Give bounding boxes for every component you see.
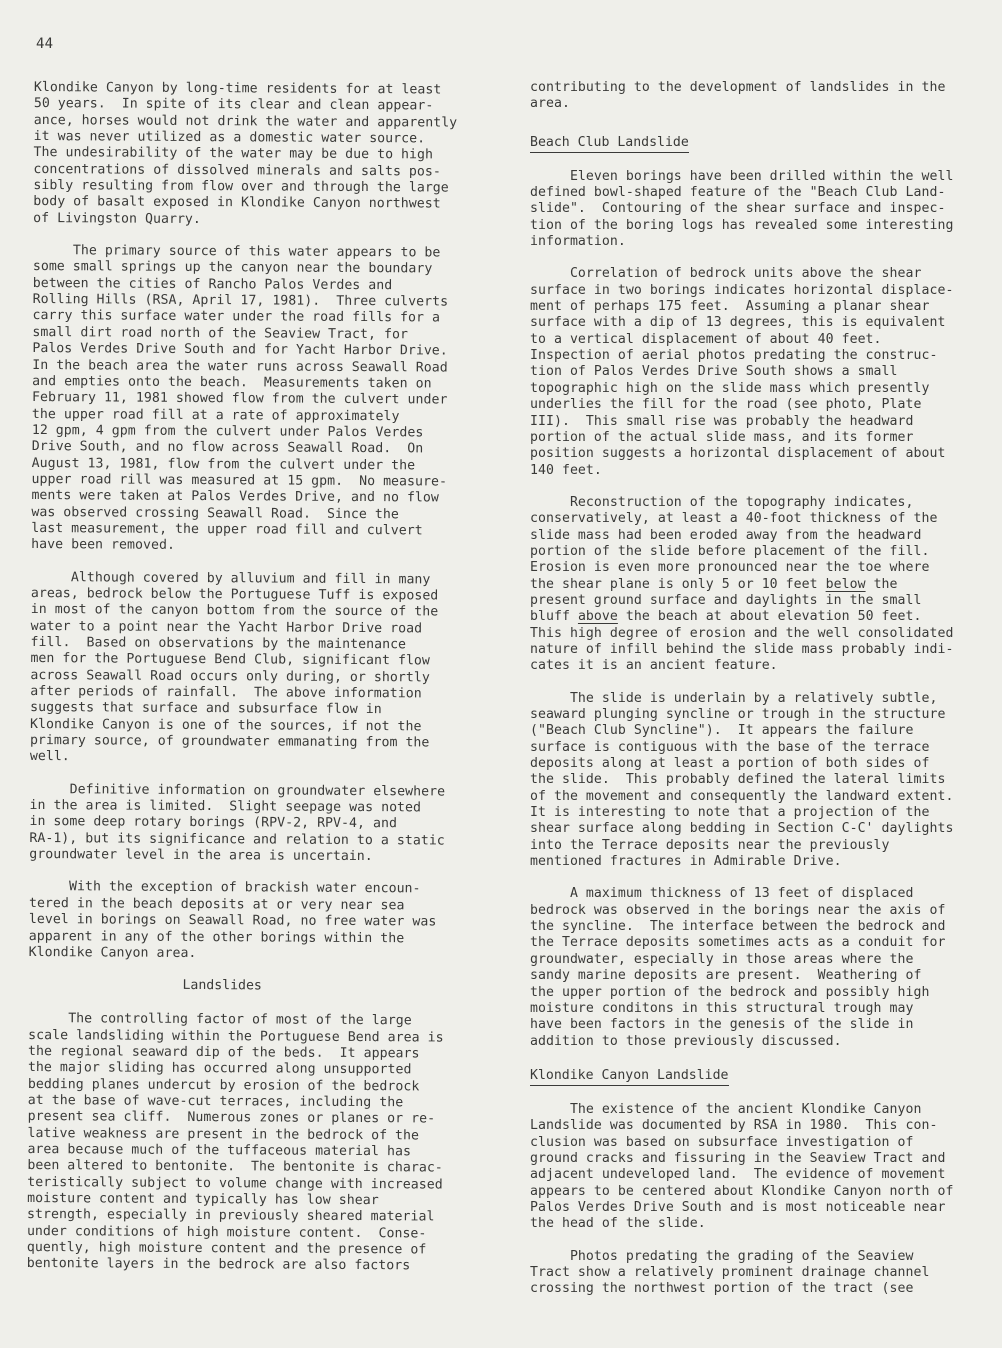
text-line: area. — [530, 96, 990, 112]
text-line: have been factors in the genesis of the … — [530, 1017, 990, 1033]
text-line: seaward plunging syncline or trough in t… — [530, 707, 990, 723]
text-line: moisture conditons in this structural tr… — [530, 1001, 990, 1017]
text-line: Inspection of aerial photos predating th… — [530, 348, 990, 364]
text-line: of Livingston Quarry. — [33, 211, 483, 230]
paragraph-water-source: The primary source of this water appears… — [31, 243, 483, 556]
text-fragment: the shear plane is only 5 or 10 feet — [530, 577, 826, 592]
text-line: groundwater level in the area is uncerta… — [29, 847, 479, 866]
text-line: nature of infill behind the slide mass p… — [530, 642, 990, 658]
text-line: mentioned fractures in Admirable Drive. — [530, 854, 990, 870]
text-line: level in borings on Seawall Road, no fre… — [29, 912, 479, 931]
text-line: Eleven borings have been drilled within … — [530, 169, 990, 185]
text-line: defined bowl-shaped feature of the "Beac… — [530, 185, 990, 201]
text-line: It is interesting to note that a project… — [530, 805, 990, 821]
text-line: present ground surface and daylights in … — [530, 593, 990, 609]
text-fragment: bluff — [530, 609, 578, 624]
text-fragment: the beach at about elevation 50 feet. — [618, 609, 922, 624]
text-line: groundwater, especially in those areas w… — [530, 952, 990, 968]
paragraph-photos-predating: Photos predating the grading of the Seav… — [530, 1249, 990, 1298]
paragraph-correlation: Correlation of bedrock units above the s… — [530, 266, 990, 478]
text-line: bluff above the beach at about elevation… — [530, 609, 990, 625]
document-page: 44 Klondike Canyon by long-time resident… — [0, 0, 1002, 1348]
text-line: information. — [530, 234, 990, 250]
text-line: This high degree of erosion and the well… — [530, 626, 990, 642]
text-line: Klondike Canyon area. — [29, 945, 479, 964]
text-line: Erosion is even more pronounced near the… — [530, 560, 990, 576]
text-line: underlies the fill for the road (see pho… — [530, 397, 990, 413]
text-line: tion of Palos Verdes Drive South shows a… — [530, 364, 990, 380]
paragraph-reconstruction: Reconstruction of the topography indicat… — [530, 495, 990, 675]
text-line: slide". Contouring of the shear surface … — [530, 201, 990, 217]
text-line: the syncline. The interface between the … — [530, 919, 990, 935]
text-line: Reconstruction of the topography indicat… — [530, 495, 990, 511]
text-line: III). This small rise was probably the h… — [530, 414, 990, 430]
text-line: The existence of the ancient Klondike Ca… — [530, 1102, 990, 1118]
text-line: surface in two borings indicates horizon… — [530, 283, 990, 299]
text-line: primary source, of groundwater emmanatin… — [30, 733, 480, 752]
underlined-word-above: above — [578, 609, 618, 624]
text-line: Palos Verdes Drive South and for Yacht H… — [32, 341, 482, 360]
text-line: The slide is underlain by a relatively s… — [530, 691, 990, 707]
text-line: slide mass had been eroded away from the… — [530, 528, 990, 544]
left-column: Klondike Canyon by long-time residents f… — [27, 80, 484, 1275]
text-line: ("Beach Club Syncline"). It appears the … — [530, 723, 990, 739]
text-line: Photos predating the grading of the Seav… — [530, 1249, 990, 1265]
text-line: the slide. This probably defined the lat… — [530, 772, 990, 788]
text-line: Correlation of bedrock units above the s… — [530, 266, 990, 282]
text-line: tion of the boring logs has revealed som… — [530, 218, 990, 234]
text-line: bedrock was observed in the borings near… — [530, 903, 990, 919]
text-line: position suggests a horizontal displacem… — [530, 446, 990, 462]
heading-klondike-canyon-landslide: Klondike Canyon Landslide — [530, 1068, 729, 1086]
text-line: addition to those previously discussed. — [530, 1034, 990, 1050]
text-line: the upper portion of the bedrock and pos… — [530, 985, 990, 1001]
paragraph-brackish-water: With the exception of brackish water enc… — [29, 879, 479, 963]
text-line: contributing to the development of lands… — [530, 80, 990, 96]
paragraph-eleven-borings: Eleven borings have been drilled within … — [530, 169, 990, 251]
text-line: ground cracks and fissuring in the Seavi… — [530, 1151, 990, 1167]
paragraph-syncline: The slide is underlain by a relatively s… — [530, 691, 990, 871]
text-line: Landslide was documented by RSA in 1980.… — [530, 1118, 990, 1134]
text-line: surface with a dip of 13 degrees, this i… — [530, 315, 990, 331]
text-line: clusion was based on subsurface investig… — [530, 1135, 990, 1151]
paragraph-bedrock-exposure: Although covered by alluvium and fill in… — [30, 570, 481, 769]
paragraph-maximum-thickness: A maximum thickness of 13 feet of displa… — [530, 886, 990, 1049]
text-line: portion of the actual slide mass, and it… — [530, 430, 990, 446]
text-line: cates it is an ancient feature. — [530, 658, 990, 674]
page-number: 44 — [36, 36, 53, 52]
text-line: 140 feet. — [530, 463, 990, 479]
text-line: surface is contiguous with the base of t… — [530, 740, 990, 756]
text-line: ment of perhaps 175 feet. Assuming a pla… — [530, 299, 990, 315]
paragraph-klondike-existence: The existence of the ancient Klondike Ca… — [530, 1102, 990, 1233]
text-line: the head of the slide. — [530, 1216, 990, 1232]
text-line: into the Terrace deposits near the previ… — [530, 838, 990, 854]
paragraph-water-quality: Klondike Canyon by long-time residents f… — [33, 80, 484, 230]
text-line: crossing the northwest portion of the tr… — [530, 1281, 990, 1297]
text-line: have been removed. — [31, 537, 481, 556]
text-line: bentonite layers in the bedrock are also… — [27, 1256, 477, 1275]
text-fragment: the — [866, 577, 898, 592]
text-line: A maximum thickness of 13 feet of displa… — [530, 886, 990, 902]
text-line: portion of the slide before placement of… — [530, 544, 990, 560]
text-line: to a vertical displacement of about 40 f… — [530, 332, 990, 348]
text-line: the shear plane is only 5 or 10 feet bel… — [530, 577, 990, 593]
text-line: topographic high on the slide mass which… — [530, 381, 990, 397]
right-column: contributing to the development of lands… — [530, 80, 990, 1298]
text-line: conservatively, at least a 40-foot thick… — [530, 511, 990, 527]
paragraph-controlling-factor: The controlling factor of most of the la… — [27, 1011, 479, 1275]
text-line: deposits along at least a portion of bot… — [530, 756, 990, 772]
text-line: adjacent undeveloped land. The evidence … — [530, 1167, 990, 1183]
text-line: sandy marine deposits are present. Weath… — [530, 968, 990, 984]
paragraph-groundwater-elsewhere: Definitive information on groundwater el… — [29, 782, 479, 866]
text-line: Tract show a relatively prominent draina… — [530, 1265, 990, 1281]
text-line: appears to be centered about Klondike Ca… — [530, 1184, 990, 1200]
text-line: Palos Verdes Drive South and is most not… — [530, 1200, 990, 1216]
heading-beach-club-landslide: Beach Club Landslide — [530, 135, 689, 153]
text-line: shear surface along bedding in Section C… — [530, 821, 990, 837]
paragraph-contributing: contributing to the development of lands… — [530, 80, 990, 113]
text-line: of the movement and consequently the lan… — [530, 789, 990, 805]
text-line: the Terrace deposits sometimes acts as a… — [530, 935, 990, 951]
underlined-word-below: below — [826, 577, 866, 592]
